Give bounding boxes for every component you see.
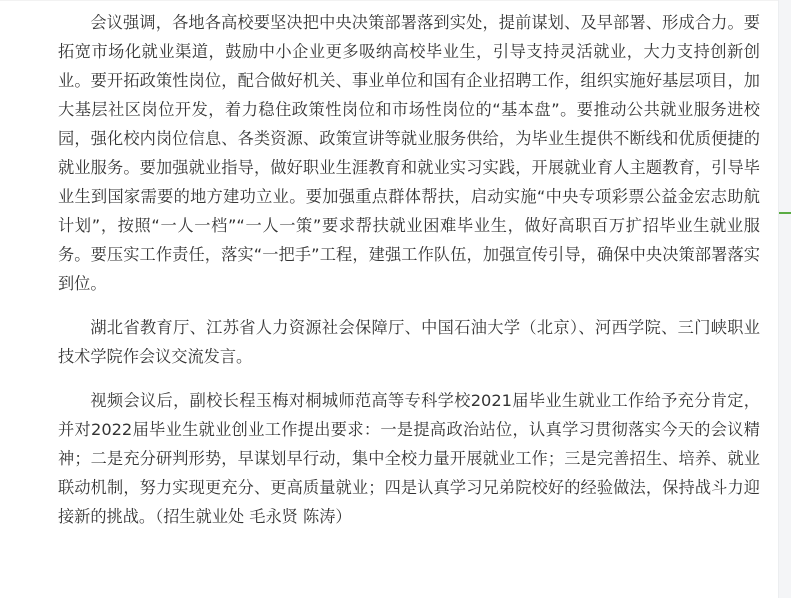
article-body: 会议强调，各地各高校要坚决把中央决策部署落到实处，提前谋划、及早部署、形成合力。… [58, 8, 760, 546]
top-divider [0, 0, 779, 1]
paragraph-speakers: 湖北省教育厅、江苏省人力资源社会保障厅、中国石油大学（北京）、河西学院、三门峡职… [58, 313, 760, 371]
paragraph-school-response: 视频会议后，副校长程玉梅对桐城师范高等专科学校2021届毕业生就业工作给予充分肯… [58, 386, 760, 531]
green-indicator-mark [779, 212, 791, 214]
side-scroll-strip[interactable] [778, 0, 791, 598]
paragraph-meeting-emphasis: 会议强调，各地各高校要坚决把中央决策部署落到实处，提前谋划、及早部署、形成合力。… [58, 8, 760, 298]
